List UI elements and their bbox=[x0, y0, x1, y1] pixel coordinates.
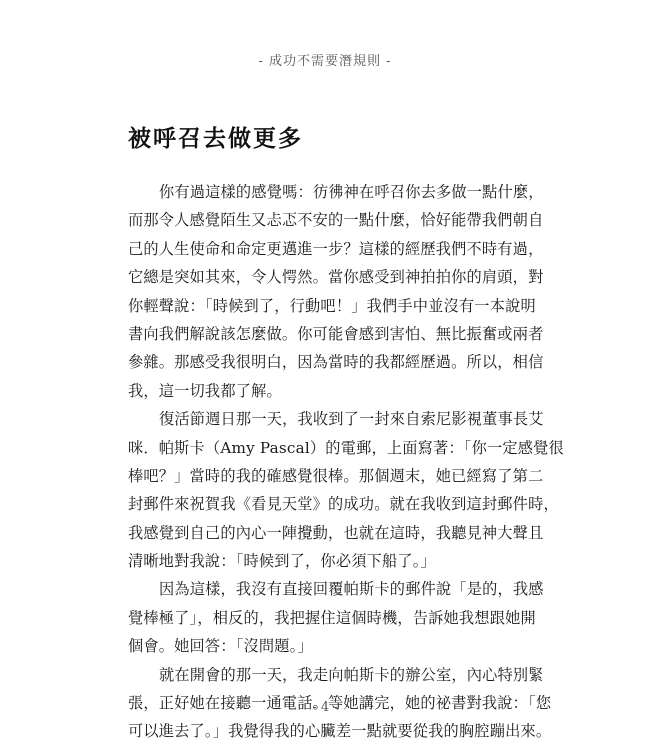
text-line: 覺棒極了」，相反的，我把握住這個時機，告訴她我想跟她開 bbox=[128, 604, 522, 632]
text-line: 清晰地對我說：「時候到了，你必須下船了。」 bbox=[128, 547, 522, 575]
paragraph: 你有過這樣的感覺嗎：彷彿神在呼召你去多做一點什麼， 而那令人感覺陌生又忐忑不安的… bbox=[128, 178, 522, 405]
body-text: 你有過這樣的感覺嗎：彷彿神在呼召你去多做一點什麼， 而那令人感覺陌生又忐忑不安的… bbox=[128, 178, 522, 746]
text-line: 我，這一切我都了解。 bbox=[128, 377, 522, 405]
paragraph: 因為這樣，我沒有直接回覆帕斯卡的郵件說「是的，我感 覺棒極了」，相反的，我把握住… bbox=[128, 575, 522, 660]
text-line: 而那令人感覺陌生又忐忑不安的一點什麼，恰好能帶我們朝自 bbox=[128, 206, 522, 234]
running-header: - 成功不需要潛規則 - bbox=[0, 50, 650, 69]
text-line: 因為這樣，我沒有直接回覆帕斯卡的郵件說「是的，我感 bbox=[128, 575, 522, 603]
text-line: 我感覺到自己的內心一陣攪動，也就在這時，我聽見神大聲且 bbox=[128, 519, 522, 547]
text-line: 你有過這樣的感覺嗎：彷彿神在呼召你去多做一點什麼， bbox=[128, 178, 522, 206]
paragraph: 復活節週日那一天，我收到了一封來自索尼影視董事長艾 咪．帕斯卡（Amy Pasc… bbox=[128, 405, 522, 575]
text-line: 它總是突如其來，令人愕然。當你感受到神拍拍你的肩頭，對 bbox=[128, 263, 522, 291]
text-line: 己的人生使命和命定更邁進一步？這樣的經歷我們不時有過， bbox=[128, 235, 522, 263]
text-line: 書向我們解說該怎麼做。你可能會感到害怕、無比振奮或兩者 bbox=[128, 320, 522, 348]
text-line: 封郵件來祝賀我《看見天堂》的成功。就在我收到這封郵件時， bbox=[128, 490, 522, 518]
chapter-title: 被呼召去做更多 bbox=[128, 120, 303, 153]
text-line: 你輕聲說：「時候到了，行動吧！」我們手中並沒有一本說明 bbox=[128, 292, 522, 320]
text-line: 可以進去了。」我覺得我的心臟差一點就要從我的胸腔蹦出來。 bbox=[128, 717, 522, 745]
text-line: 就在開會的那一天，我走向帕斯卡的辦公室，內心特別緊 bbox=[128, 661, 522, 689]
page-number: - 4 - bbox=[0, 700, 650, 715]
text-line: 復活節週日那一天，我收到了一封來自索尼影視董事長艾 bbox=[128, 405, 522, 433]
text-line: 咪．帕斯卡（Amy Pascal）的電郵，上面寫著：「你一定感覺很 bbox=[128, 434, 522, 462]
text-line: 棒吧？」當時的我的確感覺很棒。那個週末，她已經寫了第二 bbox=[128, 462, 522, 490]
text-line: 參雜。那感受我很明白，因為當時的我都經歷過。所以，相信 bbox=[128, 348, 522, 376]
text-line: 個會。她回答：「沒問題。」 bbox=[128, 632, 522, 660]
